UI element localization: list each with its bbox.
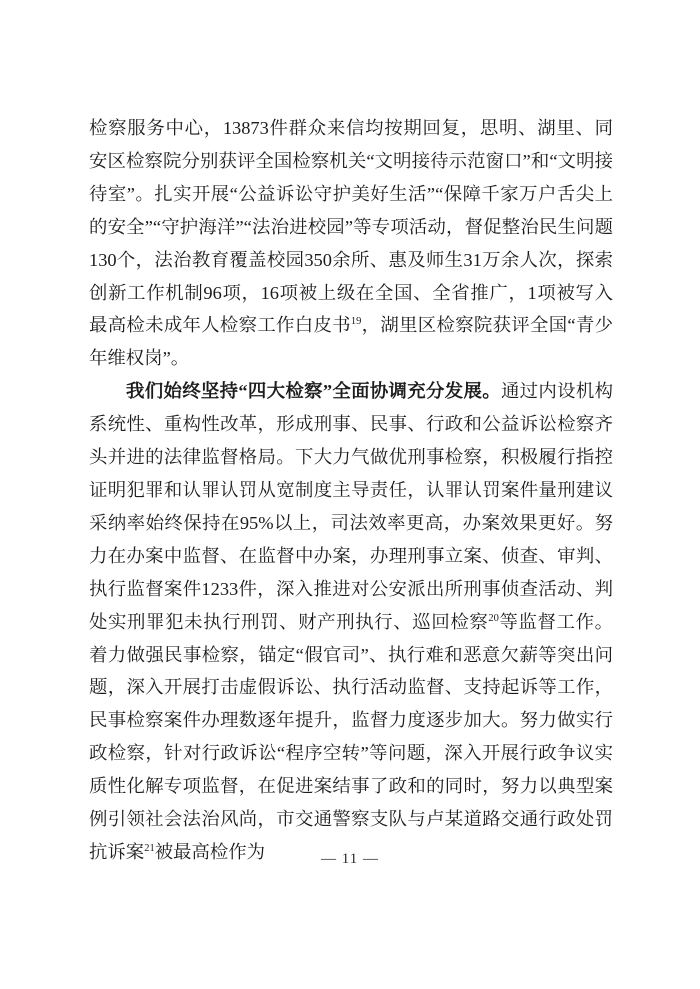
footnote-ref: 20	[488, 612, 499, 623]
text-run: 检察服务中心，13873件群众来信均按期回复，思明、湖里、同安区检察院分别获评全…	[89, 118, 613, 335]
text-run: 通过内设机构系统性、重构性改革，形成刑事、民事、行政和公益诉讼检察齐头并进的法律…	[89, 381, 613, 631]
text-run: 等监督工作。着力做强民事检察，锚定“假官司”、执行难和恶意欠薪等突出问题，深入开…	[89, 612, 613, 862]
paragraph-service-center: 检察服务中心，13873件群众来信均按期回复，思明、湖里、同安区检察院分别获评全…	[89, 112, 613, 375]
paragraph-four-prosecutions: 我们始终坚持“四大检察”全面协调充分发展。通过内设机构系统性、重构性改革，形成刑…	[89, 375, 613, 869]
lead-sentence-bold: 我们始终坚持“四大检察”全面协调充分发展。	[126, 381, 501, 401]
report-page: 检察服务中心，13873件群众来信均按期回复，思明、湖里、同安区检察院分别获评全…	[0, 0, 700, 989]
page-number: — 11 —	[0, 851, 700, 868]
footnote-ref: 19	[351, 316, 362, 327]
document-body: 检察服务中心，13873件群众来信均按期回复，思明、湖里、同安区检察院分别获评全…	[89, 112, 613, 869]
